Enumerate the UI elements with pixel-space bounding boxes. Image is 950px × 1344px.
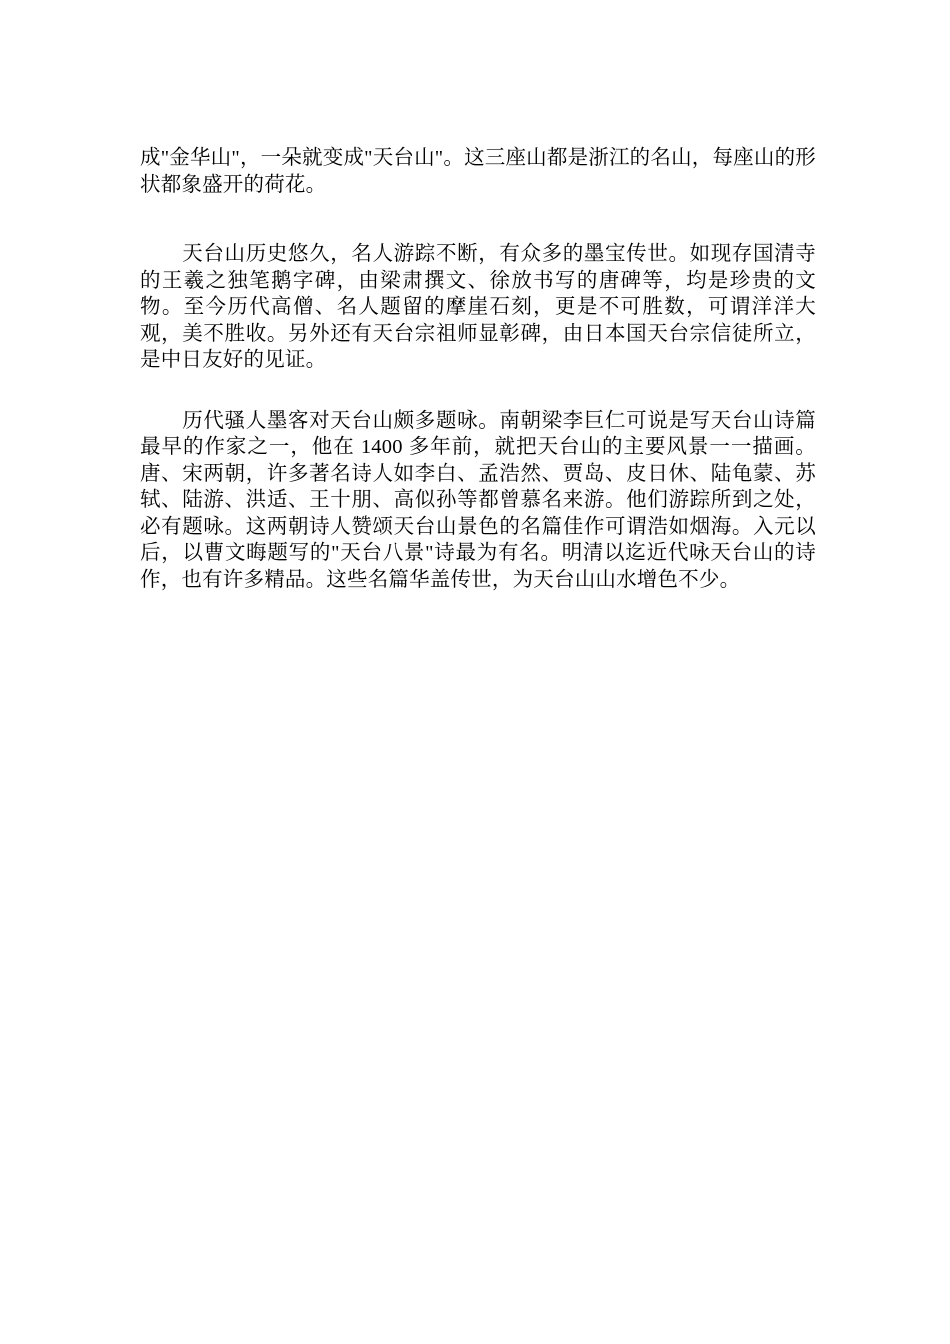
document-page: 成"金华山"，一朵就变成"天台山"。这三座山都是浙江的名山，每座山的形状都象盛开… xyxy=(0,0,950,1344)
paragraph-3: 历代骚人墨客对天台山颇多题咏。南朝梁李巨仁可说是写天台山诗篇最早的作家之一，他在… xyxy=(140,408,816,594)
paragraph-1: 成"金华山"，一朵就变成"天台山"。这三座山都是浙江的名山，每座山的形状都象盛开… xyxy=(140,145,816,198)
paragraph-2: 天台山历史悠久，名人游踪不断，有众多的墨宝传世。如现存国清寺的王羲之独笔鹅字碑，… xyxy=(140,241,816,374)
